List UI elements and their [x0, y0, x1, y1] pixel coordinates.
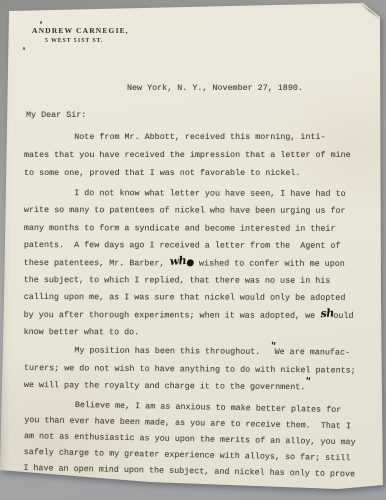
- letter-line: know better what to do.: [24, 324, 370, 342]
- letter-line: I do not know what letter you have seen,…: [24, 185, 370, 203]
- typed-text: write so many to patentees of nickel who…: [24, 205, 346, 216]
- ink-speck: [40, 21, 43, 25]
- letter-line: calling upon me, as I was sure that nick…: [24, 289, 370, 307]
- letterhead-address: 5 WEST 51ST ST.: [45, 38, 129, 44]
- letterhead: ANDREW CARNEGIE, 5 WEST 51ST ST.: [32, 26, 129, 44]
- letter-line: My position has been this throughout. "W…: [24, 342, 370, 362]
- letter-line: mates that you have received the impress…: [24, 146, 370, 164]
- letter-line: write so many to patentees of nickel who…: [24, 202, 370, 220]
- letter-paper: ANDREW CARNEGIE, 5 WEST 51ST ST. New Yor…: [0, 0, 386, 500]
- corner-fold: [359, 2, 381, 20]
- typed-text: turers; we do not wish to have anything …: [24, 362, 356, 375]
- letter-line: by you after thorough experiments; when …: [24, 307, 370, 325]
- salutation: My Dear Sir:: [26, 110, 86, 120]
- typed-text: the subject, to which I replied, that th…: [24, 275, 331, 286]
- letter-line: these patentees, Mr. Barber, wh wished t…: [24, 255, 370, 273]
- typed-text: to some one, proved that I was not favor…: [24, 168, 300, 178]
- handwritten-correction: sh: [320, 313, 333, 314]
- typed-text: know better what to do.: [24, 327, 140, 337]
- photo-background: ANDREW CARNEGIE, 5 WEST 51ST ST. New Yor…: [0, 0, 386, 500]
- typed-text: these patentees, Mr. Barber,: [24, 258, 170, 268]
- handwritten-quote: ": [305, 381, 309, 382]
- paragraph: I do not know what letter you have seen,…: [24, 185, 370, 343]
- handwritten-quote: ": [270, 346, 274, 347]
- letterhead-name: ANDREW CARNEGIE,: [32, 26, 129, 35]
- typed-text: calling upon me, as I was sure that nick…: [24, 292, 346, 303]
- ink-speck: [23, 47, 26, 50]
- letter-line: to some one, proved that I was not favor…: [24, 164, 370, 182]
- letter-line: many months to form a syndicate and beco…: [24, 220, 370, 238]
- letter-line: we will pay the royalty and charge it to…: [24, 377, 370, 397]
- letter-line: Note from Mr. Abbott, received this morn…: [24, 128, 370, 146]
- typed-text: wished to confer with me upon: [194, 258, 345, 268]
- letter-body: Note from Mr. Abbott, received this morn…: [24, 128, 370, 476]
- typed-text: patents. A few days ago I received a let…: [24, 240, 341, 251]
- typed-text: Note from Mr. Abbott, received this morn…: [24, 132, 326, 142]
- letter-line: the subject, to which I replied, that th…: [24, 272, 370, 290]
- letter-line: patents. A few days ago I received a let…: [24, 237, 370, 255]
- paragraph: Note from Mr. Abbott, received this morn…: [24, 128, 370, 182]
- typed-text: by you after thorough experiments; when …: [24, 310, 321, 321]
- typed-text: ould: [333, 311, 353, 321]
- typed-text: We are manufac-: [275, 347, 350, 358]
- handwritten-correction: wh: [170, 260, 186, 261]
- typed-text: we will pay the royalty and charge it to…: [24, 380, 306, 392]
- typed-text: mates that you have received the impress…: [24, 150, 351, 160]
- typed-text: I do not know what letter you have seen,…: [24, 188, 346, 199]
- paragraph: Believe me, I am as anxious to make bett…: [23, 396, 370, 483]
- paper-shadow: ANDREW CARNEGIE, 5 WEST 51ST ST. New Yor…: [0, 0, 386, 500]
- typed-text: I have an open mind upon the subject, an…: [23, 463, 355, 479]
- paragraph: My position has been this throughout. "W…: [24, 342, 370, 397]
- typed-text: many months to form a syndicate and beco…: [24, 223, 336, 234]
- typed-text: My position has been this throughout.: [24, 345, 270, 357]
- dateline: New York, N. Y., November 27, 1890.: [127, 83, 303, 93]
- letter-line: turers; we do not wish to have anything …: [24, 359, 370, 379]
